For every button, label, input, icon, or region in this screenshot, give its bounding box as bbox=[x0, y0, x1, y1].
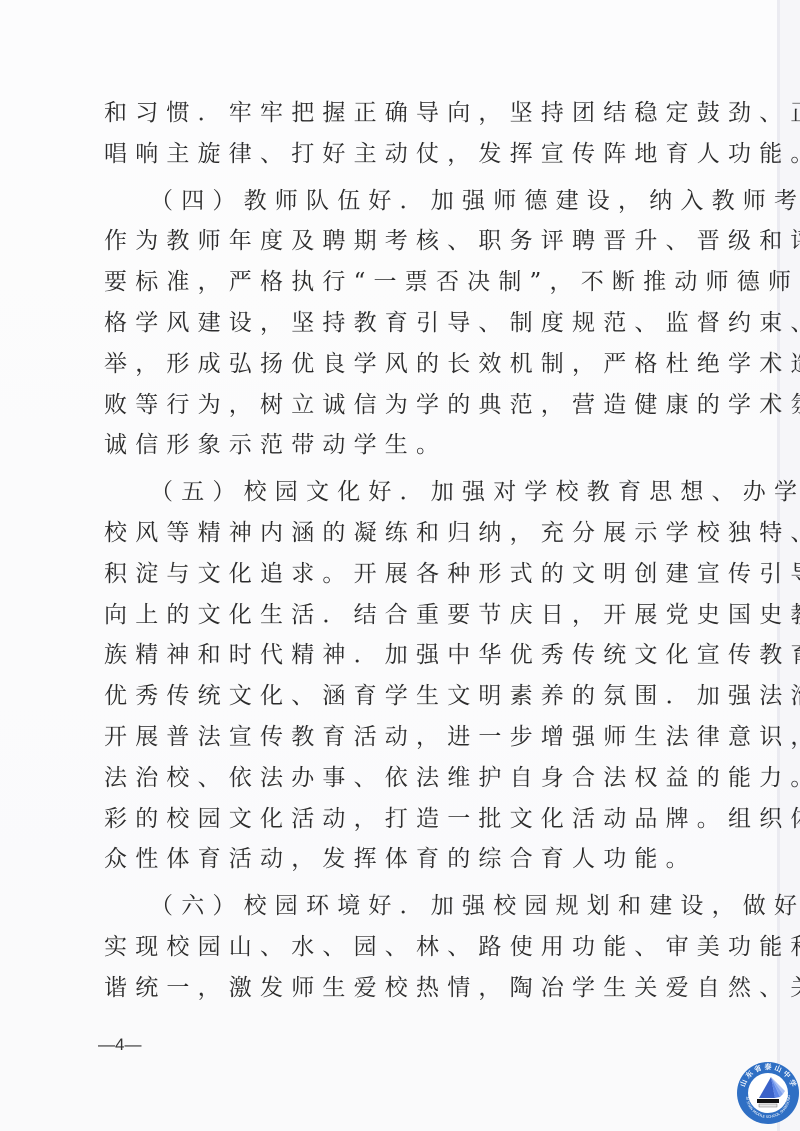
text-line: 格学风建设，坚持教育引导、制度规范、监督约束、查处警示并 bbox=[104, 303, 704, 344]
text-line: 校风等精神内涵的凝练和归纳，充分展示学校独特、鲜明的文化 bbox=[104, 513, 704, 554]
text-line: 开展普法宣传教育活动，进一步增强师生法律意识，提高师生依 bbox=[104, 717, 704, 758]
paragraph-continuation: 和习惯．牢牢把握正确导向，坚持团结稳定鼓劲、正面宣传为主， 唱响主旋律、打好主动… bbox=[104, 93, 704, 175]
text-line: 作为教师年度及聘期考核、职务评聘晋升、晋级和评优奖励的首 bbox=[104, 221, 704, 262]
paragraph-section-6: （六）校园环境好．加强校园规划和建设，做好绿化美化， 实现校园山、水、园、林、路… bbox=[104, 886, 704, 1008]
text-line: 举，形成弘扬优良学风的长效机制，严格杜绝学术造假、学术腐 bbox=[104, 344, 704, 385]
document-body: 和习惯．牢牢把握正确导向，坚持团结稳定鼓劲、正面宣传为主， 唱响主旋律、打好主动… bbox=[104, 93, 704, 1009]
text-line: 谐统一，激发师生爱校热情，陶冶学生关爱自然、关爱社会、关 bbox=[104, 968, 704, 1009]
text-line: 向上的文化生活．结合重要节庆日，开展党史国史教育，弘扬民 bbox=[104, 595, 704, 636]
school-emblem-icon: 山 东 省 泰 山 中 学 TAI SHAN MIDDLE SCHOOL SHA… bbox=[735, 1060, 800, 1126]
text-line: 优秀传统文化、涵育学生文明素养的氛围．加强法治文化建设， bbox=[104, 676, 704, 717]
text-line: 积淀与文化追求。开展各种形式的文明创建宣传引导，弘扬健康 bbox=[104, 554, 704, 595]
section-heading-line: （六）校园环境好．加强校园规划和建设，做好绿化美化， bbox=[104, 886, 704, 927]
document-page: 和习惯．牢牢把握正确导向，坚持团结稳定鼓劲、正面宣传为主， 唱响主旋律、打好主动… bbox=[0, 0, 800, 1131]
text-line: 彩的校园文化活动，打造一批文化活动品牌。组织体育竞赛、群 bbox=[104, 799, 704, 840]
text-line: 诚信形象示范带动学生。 bbox=[104, 425, 704, 466]
text-line: 和习惯．牢牢把握正确导向，坚持团结稳定鼓劲、正面宣传为主， bbox=[104, 93, 704, 134]
text-line: 族精神和时代精神．加强中华优秀传统文化宣传教育，营造弘扬 bbox=[104, 635, 704, 676]
paragraph-section-4: （四）教师队伍好．加强师德建设，纳入教师考核评价体系， 作为教师年度及聘期考核、… bbox=[104, 181, 704, 467]
section-heading-line: （五）校园文化好．加强对学校教育思想、办学理念、校训、 bbox=[104, 472, 704, 513]
section-heading-line: （四）教师队伍好．加强师德建设，纳入教师考核评价体系， bbox=[104, 181, 704, 222]
text-line: 实现校园山、水、园、林、路使用功能、审美功能和教育功能和 bbox=[104, 927, 704, 968]
text-line: 唱响主旋律、打好主动仗，发挥宣传阵地育人功能。 bbox=[104, 134, 704, 175]
paragraph-section-5: （五）校园文化好．加强对学校教育思想、办学理念、校训、 校风等精神内涵的凝练和归… bbox=[104, 472, 704, 880]
text-line: 法治校、依法办事、依法维护自身合法权益的能力。开展丰富多 bbox=[104, 758, 704, 799]
text-line: 败等行为，树立诚信为学的典范，营造健康的学术氛围，以自身 bbox=[104, 385, 704, 426]
page-number: —4— bbox=[98, 1035, 141, 1055]
text-line: 众性体育活动，发挥体育的综合育人功能。 bbox=[104, 839, 704, 880]
text-line: 要标准，严格执行“一票否决制”，不断推动师德师风建设．严 bbox=[104, 262, 704, 303]
